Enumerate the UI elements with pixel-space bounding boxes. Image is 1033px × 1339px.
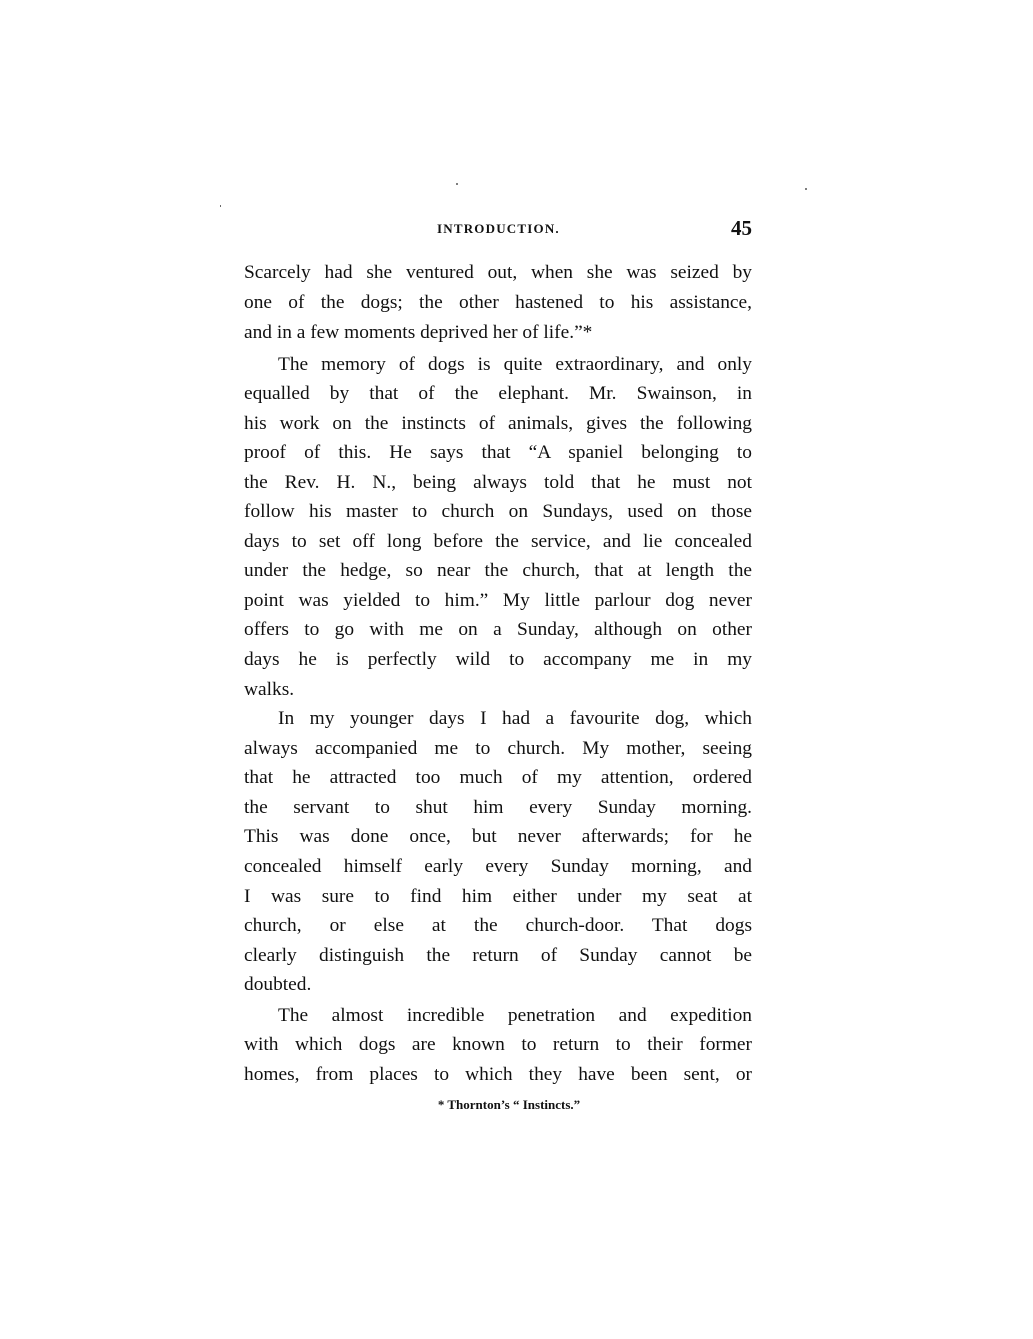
text-line: concealed himself early every Sunday mor… [244,852,752,882]
text-line: point was yielded to him.” My little par… [244,586,752,616]
text-line: The almost incredible penetration and ex… [244,1001,752,1031]
text-line: his work on the instincts of animals, gi… [244,409,752,439]
text-line: one of the dogs; the other hastened to h… [244,288,752,318]
text-line: equalled by that of the elephant. Mr. Sw… [244,379,752,409]
footnote: * Thornton’s “ Instincts.” [244,1097,752,1113]
scan-speck [456,183,458,185]
text-line: under the hedge, so near the church, tha… [244,556,752,586]
text-line: always accompanied me to church. My moth… [244,734,752,764]
text-line: proof of this. He says that “A spaniel b… [244,438,752,468]
text-line: homes, from places to which they have be… [244,1060,752,1090]
text-line: follow his master to church on Sundays, … [244,497,752,527]
scan-speck [220,205,221,207]
text-line: The memory of dogs is quite extraordinar… [244,350,752,380]
text-line: offers to go with me on a Sunday, althou… [244,615,752,645]
text-line: the servant to shut him every Sunday mor… [244,793,752,823]
text-line: that he attracted too much of my attenti… [244,763,752,793]
text-line: days to set off long before the service,… [244,527,752,557]
text-line: clearly distinguish the return of Sunday… [244,941,752,971]
text-line: the Rev. H. N., being always told that h… [244,468,752,498]
text-line: Scarcely had she ventured out, when she … [244,258,752,288]
text-line: In my younger days I had a favourite dog… [244,704,752,734]
text-line: with which dogs are known to return to t… [244,1030,752,1060]
text-line: days he is perfectly wild to accompany m… [244,645,752,675]
text-line: doubted. [244,970,752,1000]
page-number: 45 [731,216,752,241]
text-line: I was sure to find him either under my s… [244,882,752,912]
book-page: INTRODUCTION. 45 Scarcely had she ventur… [0,0,1033,1339]
text-line: and in a few moments deprived her of lif… [244,318,752,348]
text-line: walks. [244,675,752,705]
running-head: INTRODUCTION. 45 [244,218,752,242]
running-title: INTRODUCTION. [437,221,560,237]
scan-speck [805,188,807,190]
text-line: This was done once, but never afterwards… [244,822,752,852]
text-line: church, or else at the church-door. That… [244,911,752,941]
